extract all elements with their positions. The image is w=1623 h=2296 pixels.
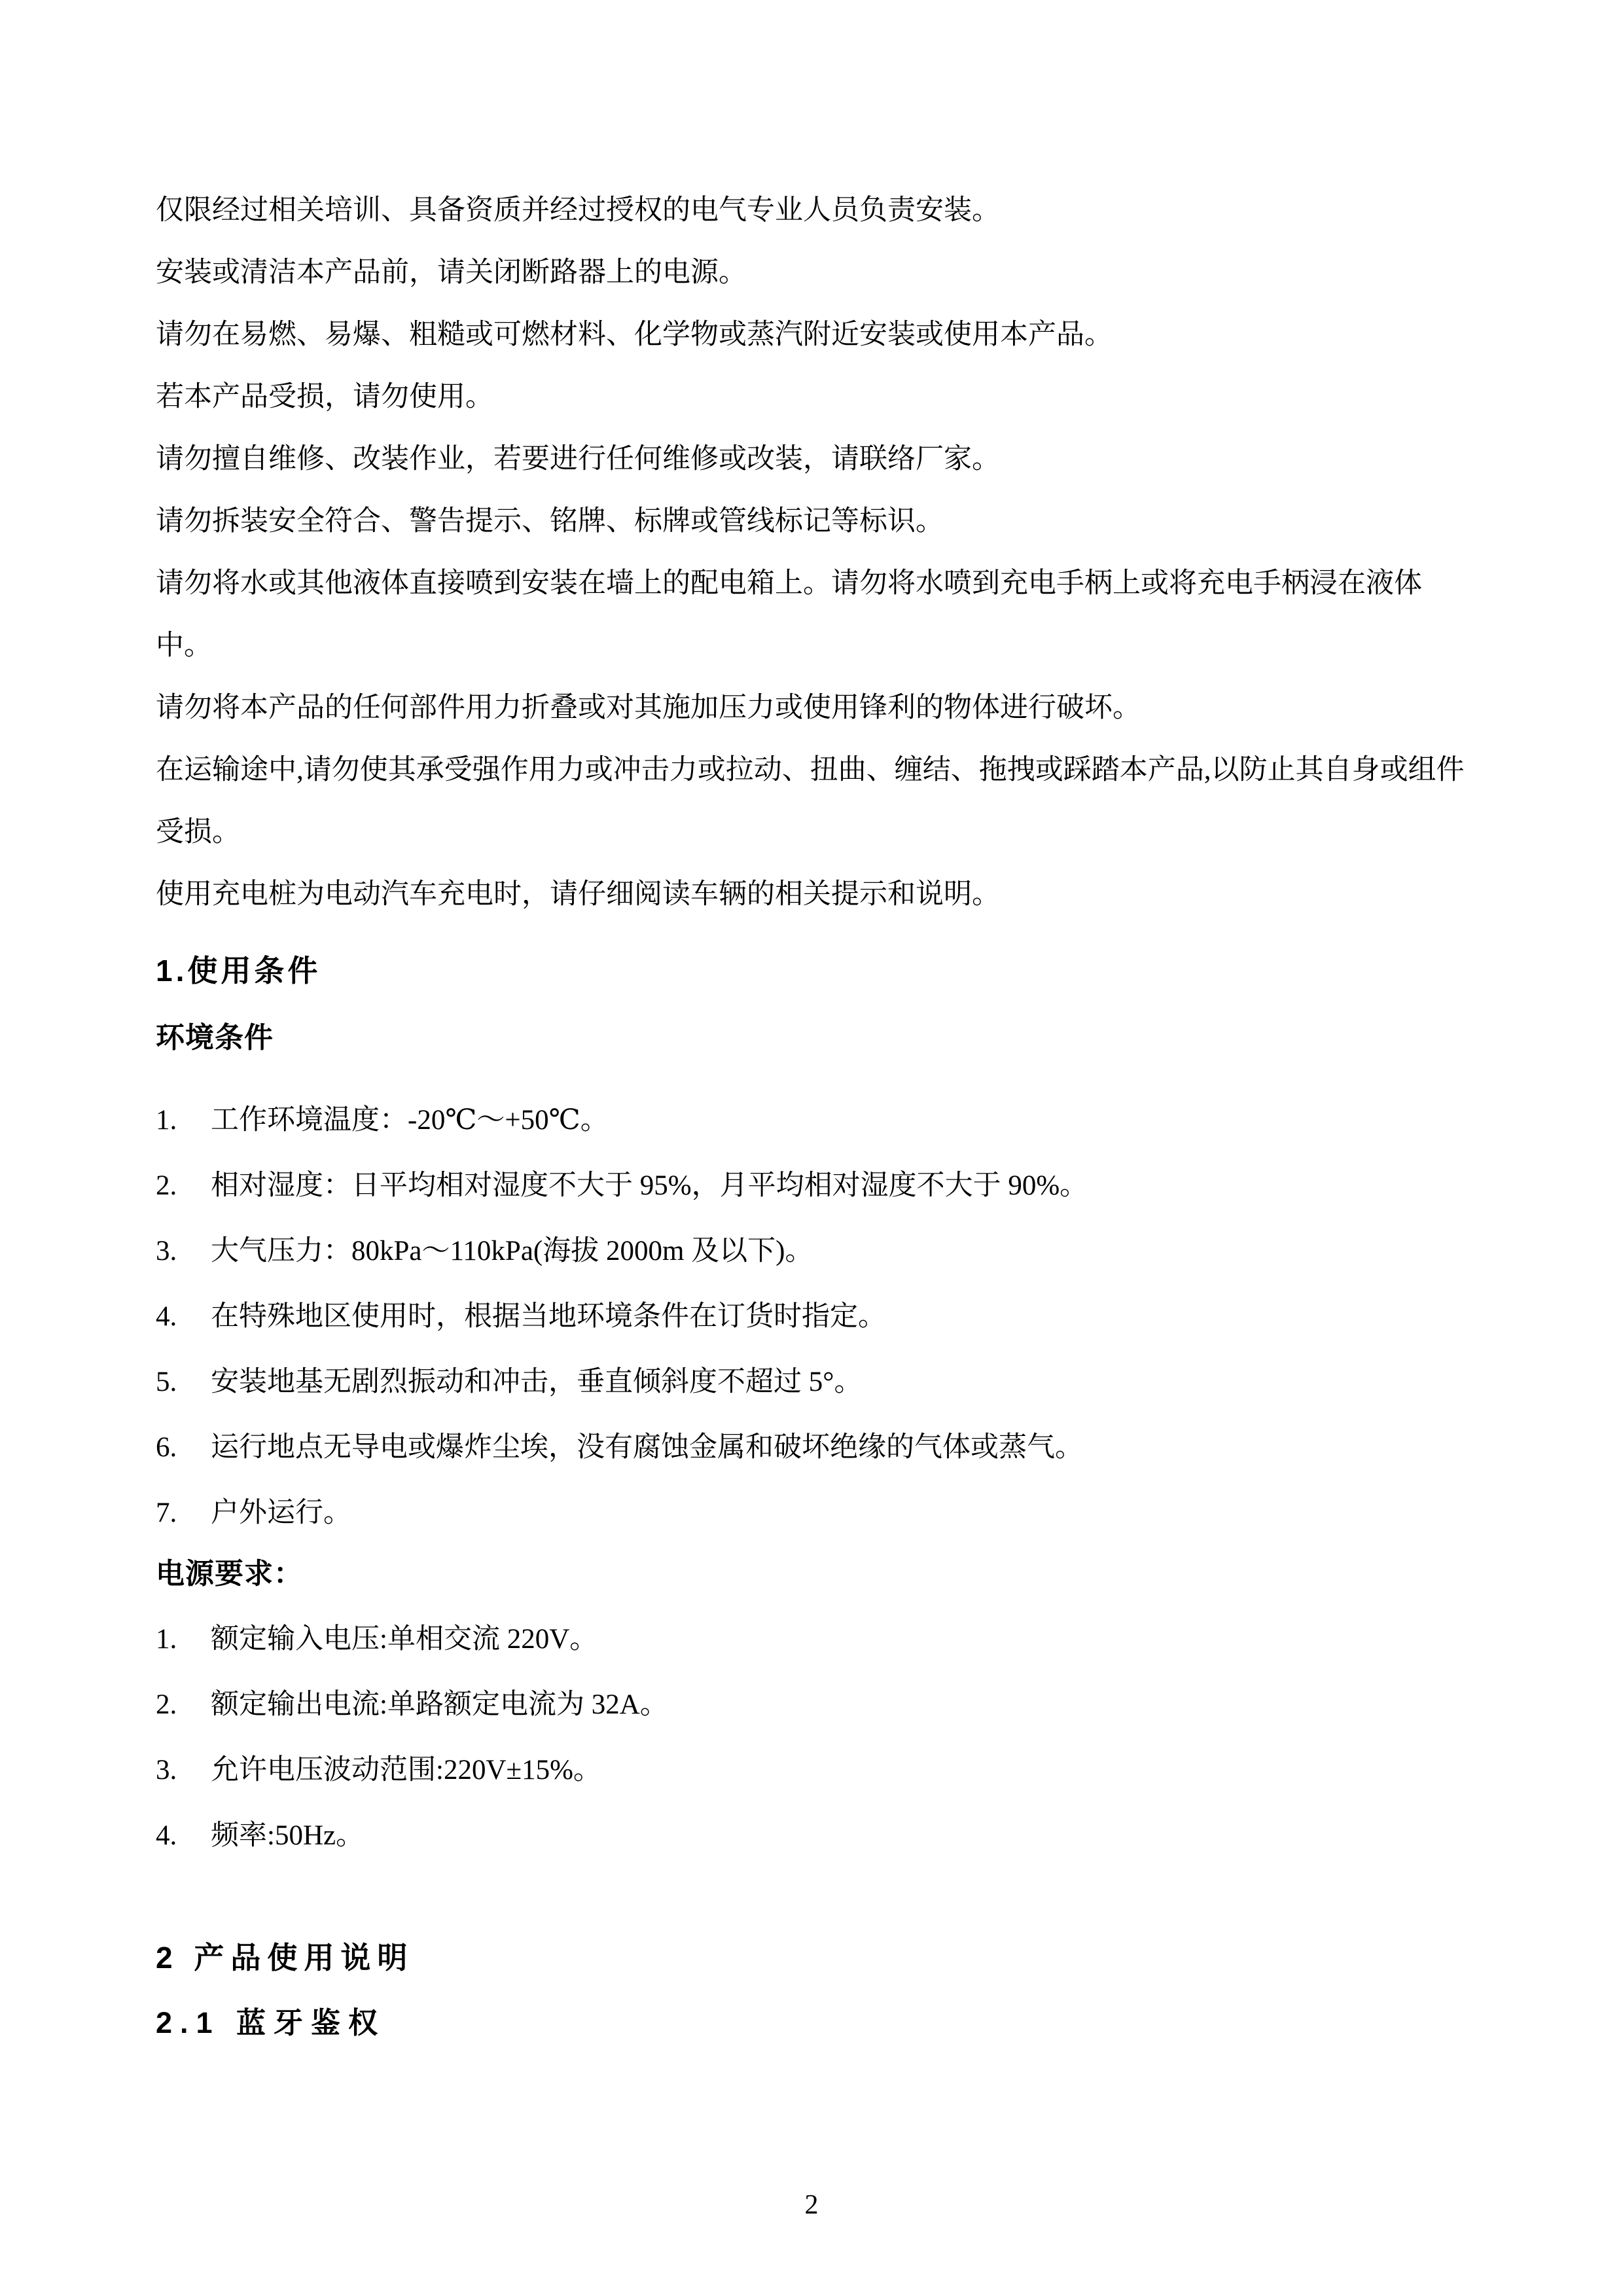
safety-paragraph: 使用充电桩为电动汽车充电时，请仔细阅读车辆的相关提示和说明。 xyxy=(156,863,1467,925)
safety-paragraph: 安装或清洁本产品前，请关闭断路器上的电源。 xyxy=(156,242,1467,304)
list-item-number: 3. xyxy=(156,1219,211,1284)
list-item-number: 6. xyxy=(156,1415,211,1480)
environment-conditions-header: 环境条件 xyxy=(156,1015,1467,1061)
list-item-number: 2. xyxy=(156,1672,211,1738)
list-item-number: 3. xyxy=(156,1738,211,1803)
list-item: 3. 允许电压波动范围:220V±15%。 xyxy=(156,1738,1467,1803)
section-title-product-usage: 2 产品使用说明 xyxy=(156,1935,1467,1981)
power-requirements-header: 电源要求： xyxy=(156,1551,1467,1597)
page-number: 2 xyxy=(156,2189,1467,2221)
list-item-text: 户外运行。 xyxy=(211,1480,1467,1546)
list-item: 1. 额定输入电压:单相交流 220V。 xyxy=(156,1607,1467,1672)
list-item-number: 1. xyxy=(156,1607,211,1672)
list-item: 1. 工作环境温度：-20℃～+50℃。 xyxy=(156,1088,1467,1153)
document-page: 仅限经过相关培训、具备资质并经过授权的电气专业人员负责安装。 安装或清洁本产品前… xyxy=(0,0,1623,2296)
safety-paragraph: 请勿将本产品的任何部件用力折叠或对其施加压力或使用锋利的物体进行破坏。 xyxy=(156,677,1467,739)
list-item: 4. 频率:50Hz。 xyxy=(156,1803,1467,1869)
list-item: 7. 户外运行。 xyxy=(156,1480,1467,1546)
list-item: 2. 额定输出电流:单路额定电流为 32A。 xyxy=(156,1672,1467,1738)
list-item-text: 运行地点无导电或爆炸尘埃，没有腐蚀金属和破坏绝缘的气体或蒸气。 xyxy=(211,1415,1467,1480)
safety-paragraph: 若本产品受损，请勿使用。 xyxy=(156,366,1467,428)
safety-paragraph: 请勿拆装安全符合、警告提示、铭牌、标牌或管线标记等标识。 xyxy=(156,490,1467,552)
list-item-text: 额定输入电压:单相交流 220V。 xyxy=(211,1607,1467,1672)
list-item-text: 在特殊地区使用时，根据当地环境条件在订货时指定。 xyxy=(211,1284,1467,1350)
list-item: 3. 大气压力：80kPa～110kPa(海拔 2000m 及以下)。 xyxy=(156,1219,1467,1284)
list-item-number: 5. xyxy=(156,1350,211,1415)
safety-paragraph: 请勿擅自维修、改装作业，若要进行任何维修或改装，请联络厂家。 xyxy=(156,428,1467,490)
list-item: 2. 相对湿度：日平均相对湿度不大于 95%，月平均相对湿度不大于 90%。 xyxy=(156,1153,1467,1219)
safety-paragraph: 仅限经过相关培训、具备资质并经过授权的电气专业人员负责安装。 xyxy=(156,179,1467,242)
list-item-text: 允许电压波动范围:220V±15%。 xyxy=(211,1738,1467,1803)
safety-instructions-section: 仅限经过相关培训、具备资质并经过授权的电气专业人员负责安装。 安装或清洁本产品前… xyxy=(156,179,1467,925)
power-requirements-list: 1. 额定输入电压:单相交流 220V。 2. 额定输出电流:单路额定电流为 3… xyxy=(156,1607,1467,1869)
safety-paragraph: 在运输途中,请勿使其承受强作用力或冲击力或拉动、扭曲、缠结、拖拽或踩踏本产品,以… xyxy=(156,739,1467,863)
list-item: 5. 安装地基无剧烈振动和冲击，垂直倾斜度不超过 5°。 xyxy=(156,1350,1467,1415)
list-item-number: 4. xyxy=(156,1284,211,1350)
environment-conditions-list: 1. 工作环境温度：-20℃～+50℃。 2. 相对湿度：日平均相对湿度不大于 … xyxy=(156,1088,1467,1546)
list-item-text: 安装地基无剧烈振动和冲击，垂直倾斜度不超过 5°。 xyxy=(211,1350,1467,1415)
list-item-text: 工作环境温度：-20℃～+50℃。 xyxy=(211,1088,1467,1153)
list-item-text: 额定输出电流:单路额定电流为 32A。 xyxy=(211,1672,1467,1738)
list-item-number: 7. xyxy=(156,1480,211,1546)
list-item-number: 1. xyxy=(156,1088,211,1153)
list-item-number: 2. xyxy=(156,1153,211,1219)
section-title-bluetooth-auth: 2.1 蓝牙鉴权 xyxy=(156,2000,1467,2046)
section-title-usage-conditions: 1.使用条件 xyxy=(156,948,1467,994)
list-item-text: 相对湿度：日平均相对湿度不大于 95%，月平均相对湿度不大于 90%。 xyxy=(211,1153,1467,1219)
list-item-text: 大气压力：80kPa～110kPa(海拔 2000m 及以下)。 xyxy=(211,1219,1467,1284)
list-item-number: 4. xyxy=(156,1803,211,1869)
safety-paragraph: 请勿在易燃、易爆、粗糙或可燃材料、化学物或蒸汽附近安装或使用本产品。 xyxy=(156,304,1467,366)
list-item-text: 频率:50Hz。 xyxy=(211,1803,1467,1869)
list-item: 6. 运行地点无导电或爆炸尘埃，没有腐蚀金属和破坏绝缘的气体或蒸气。 xyxy=(156,1415,1467,1480)
list-item: 4. 在特殊地区使用时，根据当地环境条件在订货时指定。 xyxy=(156,1284,1467,1350)
safety-paragraph: 请勿将水或其他液体直接喷到安装在墙上的配电箱上。请勿将水喷到充电手柄上或将充电手… xyxy=(156,552,1467,677)
